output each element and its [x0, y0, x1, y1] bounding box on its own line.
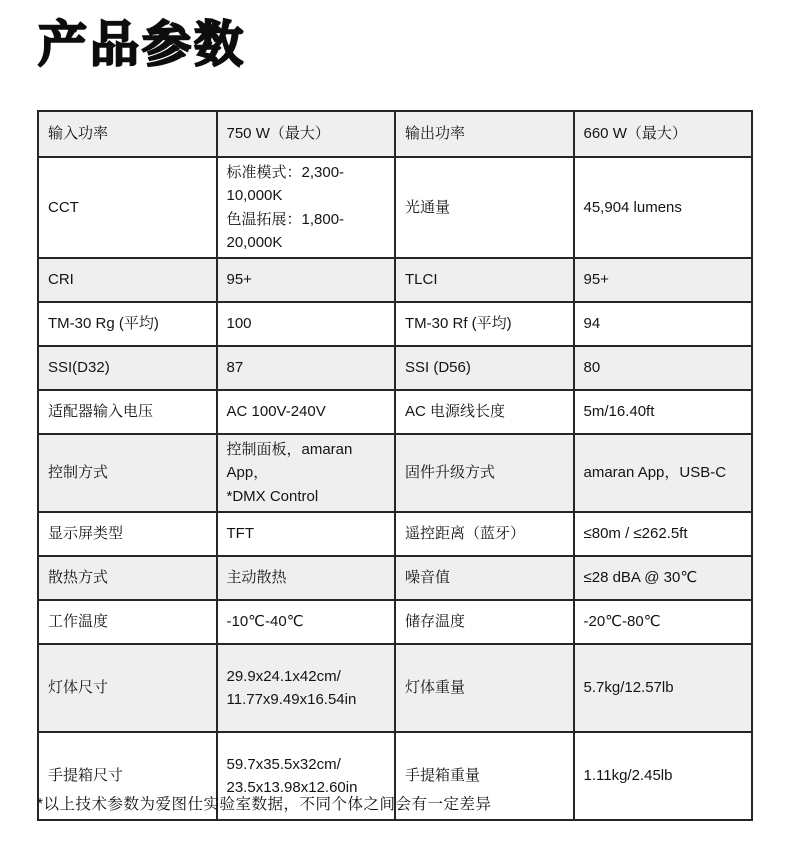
spec-value: ≤80m / ≤262.5ft [574, 512, 753, 556]
spec-value: 95+ [217, 258, 396, 302]
spec-label: SSI(D32) [38, 346, 217, 390]
spec-value: 标准模式：2,300-10,000K 色温拓展：1,800-20,000K [217, 157, 396, 258]
spec-label: TM-30 Rf (平均) [395, 302, 574, 346]
spec-value: 1.11kg/2.45lb [574, 732, 753, 820]
spec-label: AC 电源线长度 [395, 390, 574, 434]
table-row: 工作温度 -10℃-40℃ 储存温度 -20℃-80℃ [38, 600, 752, 644]
spec-value: 750 W（最大） [217, 111, 396, 157]
footnote: *以上技术参数为爱图仕实验室数据，不同个体之间会有一定差异 [37, 792, 492, 814]
spec-label: 控制方式 [38, 434, 217, 512]
spec-label: 灯体重量 [395, 644, 574, 732]
table-row: 适配器输入电压 AC 100V-240V AC 电源线长度 5m/16.40ft [38, 390, 752, 434]
spec-label: TLCI [395, 258, 574, 302]
spec-value: 660 W（最大） [574, 111, 753, 157]
spec-value: 5m/16.40ft [574, 390, 753, 434]
spec-label: 散热方式 [38, 556, 217, 600]
spec-value: ≤28 dBA @ 30℃ [574, 556, 753, 600]
spec-value: 5.7kg/12.57lb [574, 644, 753, 732]
spec-value: 主动散热 [217, 556, 396, 600]
spec-label: 适配器输入电压 [38, 390, 217, 434]
product-spec-page: 产品参数 输入功率 750 W（最大） 输出功率 660 W（最大） CCT 标… [0, 0, 790, 858]
spec-value: 100 [217, 302, 396, 346]
spec-label: 工作温度 [38, 600, 217, 644]
spec-value: 95+ [574, 258, 753, 302]
spec-label: 输入功率 [38, 111, 217, 157]
table-row: 显示屏类型 TFT 遥控距离（蓝牙） ≤80m / ≤262.5ft [38, 512, 752, 556]
spec-label: 噪音值 [395, 556, 574, 600]
spec-value: 29.9x24.1x42cm/ 11.77x9.49x16.54in [217, 644, 396, 732]
spec-label: CRI [38, 258, 217, 302]
spec-value: 控制面板，amaran App， *DMX Control [217, 434, 396, 512]
spec-label: 储存温度 [395, 600, 574, 644]
spec-value: 80 [574, 346, 753, 390]
spec-table: 输入功率 750 W（最大） 输出功率 660 W（最大） CCT 标准模式：2… [37, 110, 753, 821]
spec-value: -20℃-80℃ [574, 600, 753, 644]
table-row: TM-30 Rg (平均) 100 TM-30 Rf (平均) 94 [38, 302, 752, 346]
spec-label: 显示屏类型 [38, 512, 217, 556]
spec-label: 光通量 [395, 157, 574, 258]
table-row: CRI 95+ TLCI 95+ [38, 258, 752, 302]
spec-value: 94 [574, 302, 753, 346]
table-row: CCT 标准模式：2,300-10,000K 色温拓展：1,800-20,000… [38, 157, 752, 258]
spec-value: 87 [217, 346, 396, 390]
table-row: 散热方式 主动散热 噪音值 ≤28 dBA @ 30℃ [38, 556, 752, 600]
spec-label: CCT [38, 157, 217, 258]
spec-label: 输出功率 [395, 111, 574, 157]
spec-label: SSI (D56) [395, 346, 574, 390]
spec-value: amaran App，USB-C [574, 434, 753, 512]
spec-label: TM-30 Rg (平均) [38, 302, 217, 346]
spec-value: TFT [217, 512, 396, 556]
spec-value: 45,904 lumens [574, 157, 753, 258]
spec-label: 灯体尺寸 [38, 644, 217, 732]
spec-label: 遥控距离（蓝牙） [395, 512, 574, 556]
page-title: 产品参数 [38, 6, 246, 76]
table-row: 输入功率 750 W（最大） 输出功率 660 W（最大） [38, 111, 752, 157]
spec-value: -10℃-40℃ [217, 600, 396, 644]
spec-value: AC 100V-240V [217, 390, 396, 434]
table-row: 控制方式 控制面板，amaran App， *DMX Control 固件升级方… [38, 434, 752, 512]
table-row: 灯体尺寸 29.9x24.1x42cm/ 11.77x9.49x16.54in … [38, 644, 752, 732]
spec-label: 固件升级方式 [395, 434, 574, 512]
table-row: SSI(D32) 87 SSI (D56) 80 [38, 346, 752, 390]
